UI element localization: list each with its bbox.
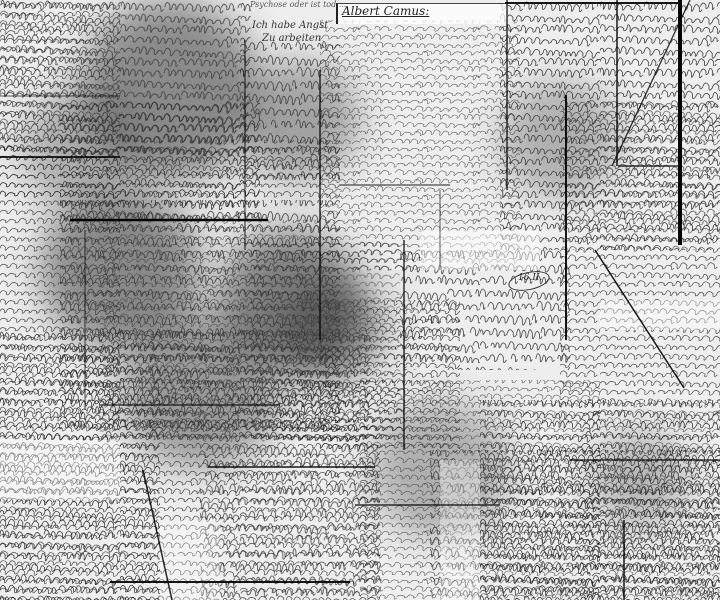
- structural-lines: [0, 0, 720, 600]
- artwork-canvas: Psychose oder ist tod ... Albert Camus: …: [0, 0, 720, 600]
